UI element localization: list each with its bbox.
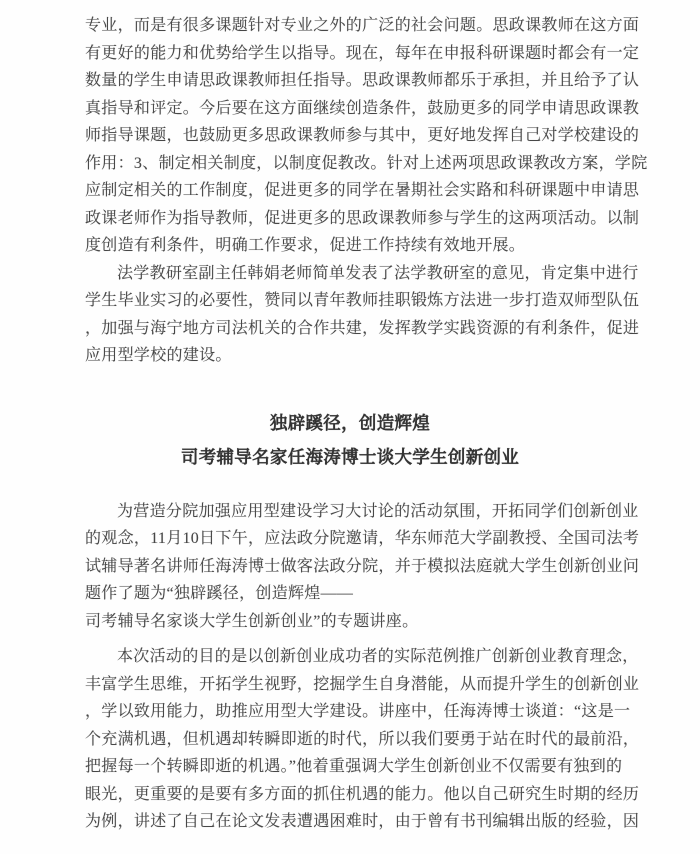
text-line: ，学以致用能力，助推应用型大学建设。讲座中，任海涛博士谈道：“这是一 xyxy=(85,698,615,726)
text-line: ，加强与海宁地方司法机关的合作共建，发挥教学实践资源的有利条件，促进 xyxy=(85,315,615,343)
text-line: 眼光，更重要的是要有多方面的抓住机遇的能力。他以自己研究生时期的经历 xyxy=(85,781,615,809)
text-line: 师指导课题，也鼓励更多思政课教师参与其中，更好地发挥自己对学校建设的 xyxy=(85,122,615,150)
text-line: 应用型学校的建设。 xyxy=(85,342,615,370)
text-line: 度创造有利条件，明确工作要求，促进工作持续有效地开展。 xyxy=(85,232,615,260)
text-line: 司考辅导名家谈大学生创新创业”的专题讲座。 xyxy=(85,608,615,636)
text-line: 学生毕业实习的必要性，赞同以青年教师挂职锻炼方法进一步打造双师型队伍 xyxy=(85,287,615,315)
heading-line: 司考辅导名家任海涛博士谈大学生创新创业 xyxy=(85,440,615,474)
paragraph: 法学教研室副主任韩娟老师简单发表了法学教研室的意见，肯定集中进行学生毕业实习的必… xyxy=(85,260,615,370)
text-line: 法学教研室副主任韩娟老师简单发表了法学教研室的意见，肯定集中进行 xyxy=(85,260,615,288)
text-line: 专业，而是有很多课题针对专业之外的广泛的社会问题。思政课教师在这方面 xyxy=(85,12,615,40)
text-line: 政课老师作为指导教师，促进更多的思政课教师参与学生的这两项活动。以制 xyxy=(85,205,615,233)
document-page: 专业，而是有很多课题针对专业之外的广泛的社会问题。思政课教师在这方面有更好的能力… xyxy=(0,0,700,854)
text-line: 题作了题为“独辟蹊径，创造辉煌—— xyxy=(85,580,615,608)
text-line: 试辅导著名讲师任海涛博士做客法政分院，并于模拟法庭就大学生创新创业问 xyxy=(85,553,615,581)
text-line: 真指导和评定。今后要在这方面继续创造条件，鼓励更多的同学申请思政课教 xyxy=(85,95,615,123)
paragraph: 为营造分院加强应用型建设学习大讨论的活动氛围，开拓同学们创新创业的观念，11月1… xyxy=(85,498,615,636)
text-line: 本次活动的目的是以创新创业成功者的实际范例推广创新创业教育理念， xyxy=(85,643,615,671)
document-content: 专业，而是有很多课题针对专业之外的广泛的社会问题。思政课教师在这方面有更好的能力… xyxy=(85,12,615,836)
text-line: 有更好的能力和优势给学生以指导。现在，每年在申报科研课题时都会有一定 xyxy=(85,40,615,68)
text-line: 个充满机遇，但机遇却转瞬即逝的时代，所以我们要勇于站在时代的最前沿， xyxy=(85,726,615,754)
text-line: 的观念，11月10日下午，应法政分院邀请，华东师范大学副教授、全国司法考 xyxy=(85,525,615,553)
text-line: 把握每一个转瞬即逝的机遇。”他着重强调大学生创新创业不仅需要有独到的 xyxy=(85,753,615,781)
text-line: 作用：3、制定相关制度，以制度促教改。针对上述两项思政课教改方案，学院 xyxy=(85,150,615,178)
text-line: 为例，讲述了自己在论文发表遭遇困难时，由于曾有书刊编辑出版的经验，因 xyxy=(85,808,615,836)
text-line: 丰富学生思维，开拓学生视野，挖掘学生自身潜能，从而提升学生的创新创业 xyxy=(85,671,615,699)
paragraph: 本次活动的目的是以创新创业成功者的实际范例推广创新创业教育理念，丰富学生思维，开… xyxy=(85,643,615,836)
text-line: 为营造分院加强应用型建设学习大讨论的活动氛围，开拓同学们创新创业 xyxy=(85,498,615,526)
text-line: 数量的学生申请思政课教师担任指导。思政课教师都乐于承担，并且给予了认 xyxy=(85,67,615,95)
paragraph: 专业，而是有很多课题针对专业之外的广泛的社会问题。思政课教师在这方面有更好的能力… xyxy=(85,12,615,260)
heading-line: 独辟蹊径，创造辉煌 xyxy=(85,406,615,440)
section-heading: 独辟蹊径，创造辉煌司考辅导名家任海涛博士谈大学生创新创业 xyxy=(85,406,615,474)
text-line: 应制定相关的工作制度，促进更多的同学在暑期社会实路和科研课题中申请思 xyxy=(85,177,615,205)
